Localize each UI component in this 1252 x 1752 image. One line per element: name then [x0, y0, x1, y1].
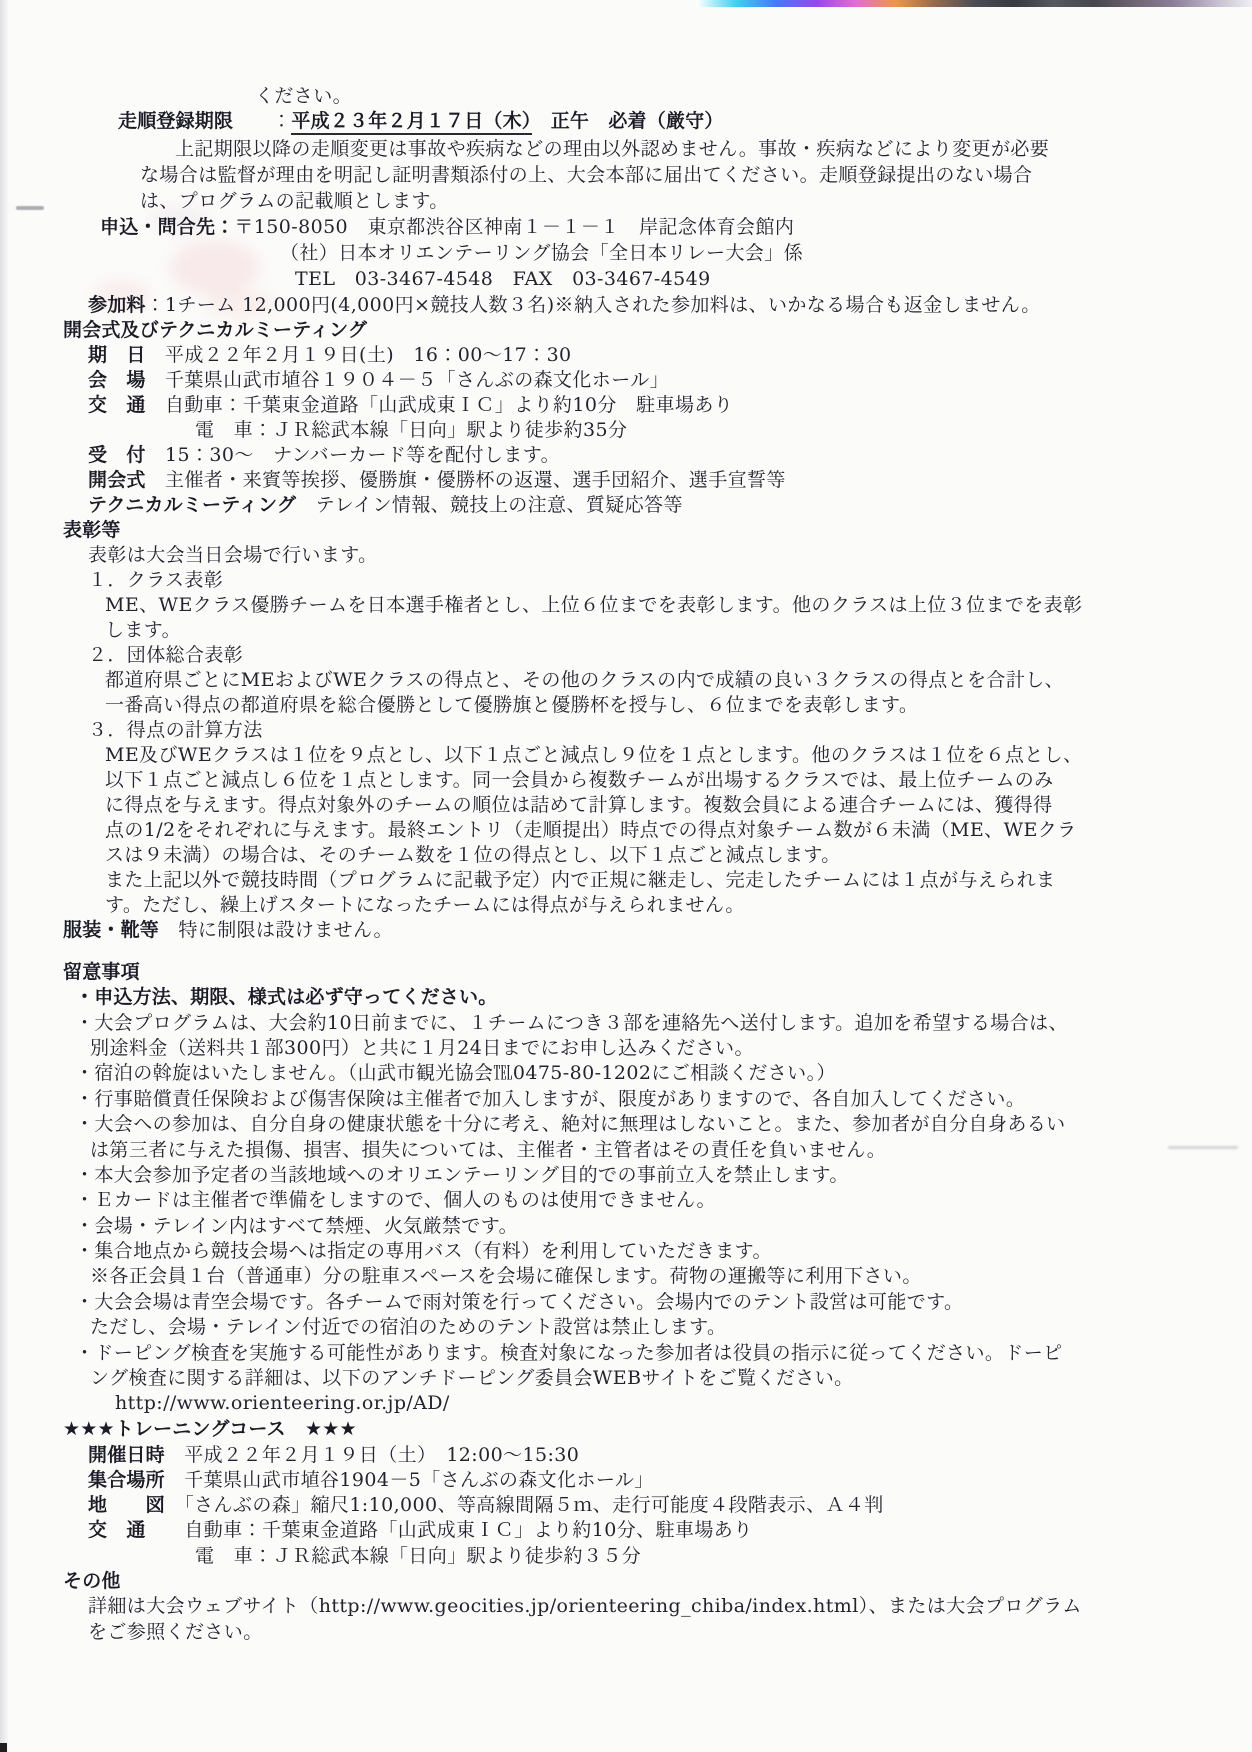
doc-line: ング検査に関する詳細は、以下のアンチドーピング委員会WEBサイトをご覧ください。 — [90, 1366, 854, 1390]
text-segment: 期 日 — [88, 344, 146, 366]
doc-line: ・申込方法、期限、様式は必ず守ってください。 — [75, 985, 497, 1009]
doc-line: ・集合地点から競技会場へは指定の専用バス（有料）を利用していただきます。 — [75, 1239, 772, 1263]
doc-line: 交 通 自動車：千葉東金道路「山武成東ＩＣ」より約10分 駐車場あり — [88, 393, 733, 417]
text-segment: 一番高い得点の都道府県を総合優勝として優勝旗と優勝杯を授与し、６位までを表彰しま… — [105, 694, 918, 716]
text-segment: 開会式 — [88, 469, 146, 491]
text-segment: 「さんぶの森」縮尺1:10,000、等高線間隔５ｍ、走行可能度４段階表示、Ａ４判 — [165, 1494, 884, 1516]
doc-line: 地 図 「さんぶの森」縮尺1:10,000、等高線間隔５ｍ、走行可能度４段階表示… — [88, 1493, 884, 1517]
text-segment: ・申込方法、期限、様式は必ず守ってください。 — [75, 986, 497, 1008]
text-segment: ：1チーム 12,000円(4,000円×競技人数３名)※納入された参加料は、い… — [146, 294, 1041, 316]
text-segment: ・集合地点から競技会場へは指定の専用バス（有料）を利用していただきます。 — [75, 1240, 772, 1262]
scanned-document-page: { "page": { "paper_color": "#fbfbf9", "i… — [0, 0, 1252, 1752]
text-segment: 正午 必着（厳守） — [532, 110, 724, 132]
doc-line: 申込・問合先：〒150-8050 東京都渋谷区神南１－１－１ 岸記念体育会館内 — [100, 215, 794, 239]
doc-line: に得点を与えます。得点対象外のチームの順位は詰めて計算します。複数会員による連合… — [105, 793, 1053, 817]
doc-line: 点の1/2をそれぞれに与えます。最終エントリ（走順提出）時点での得点対象チーム数… — [105, 818, 1077, 842]
doc-line: 開会式及びテクニカルミーティング — [63, 318, 367, 342]
doc-line: ★★★トレーニングコース ★★★ — [63, 1417, 357, 1441]
doc-line: な場合は監督が理由を明記し証明書類添付の上、大会本部に届出てください。走順登録提… — [140, 163, 1032, 187]
text-segment: TEL 03-3467-4548 FAX 03-3467-4549 — [295, 268, 711, 290]
text-segment: 自動車：千葉東金道路「山武成東ＩＣ」より約10分、駐車場あり — [146, 1519, 753, 1541]
text-segment: （社）日本オリエンテーリング協会「全日本リレー大会」係 — [280, 242, 803, 264]
text-segment: 交 通 — [88, 394, 146, 416]
text-segment: ： — [233, 110, 291, 132]
text-segment: ・本大会参加予定者の当該地域へのオリエンテーリング目的での事前立入を禁止します。 — [75, 1164, 849, 1186]
text-segment: 別途料金（送料共１部300円）と共に１月24日までにお申し込みください。 — [90, 1037, 754, 1059]
doc-line: ・宿泊の斡旋はいたしません。（山武市観光協会℡0475-80-1202にご相談く… — [75, 1061, 836, 1085]
scan-stray-mark — [16, 206, 44, 210]
text-segment: 千葉県山武市埴谷１９０４－５「さんぶの森文化ホール」 — [146, 369, 669, 391]
text-segment: ※各正会員１台（普通車）分の駐車スペースを会場に確保します。荷物の運搬等に利用下… — [90, 1265, 922, 1287]
doc-line: します。 — [105, 618, 181, 642]
doc-line: 上記期限以降の走順変更は事故や疾病などの理由以外認めません。事故・疾病などにより… — [175, 137, 1049, 161]
doc-line: ３．得点の計算方法 — [88, 718, 263, 742]
doc-line: ME及びWEクラスは１位を９点とし、以下１点ごと減点し９位を１点とします。他のク… — [105, 743, 1082, 767]
text-segment: 留意事項 — [63, 961, 140, 983]
text-segment: な場合は監督が理由を明記し証明書類添付の上、大会本部に届出てください。走順登録提… — [140, 164, 1032, 186]
text-segment: テレイン情報、競技上の注意、質疑応答等 — [296, 494, 683, 516]
doc-line: ただし、会場・テレイン付近での宿泊のためのテント設営は禁止します。 — [90, 1315, 726, 1339]
doc-line: ２．団体総合表彰 — [88, 643, 243, 667]
doc-line: ・行事賠償責任保険および傷害保険は主催者で加入しますが、限度がありますので、各自… — [75, 1087, 1025, 1111]
doc-line: ・大会プログラムは、大会約10日前までに、１チームにつき３部を連絡先へ送付します… — [75, 1011, 1068, 1035]
doc-line: す。ただし、繰上げスタートになったチームには得点が与えられません。 — [105, 893, 745, 917]
text-segment: 会 場 — [88, 369, 146, 391]
doc-line: その他 — [63, 1569, 121, 1593]
doc-line: ME、WEクラス優勝チームを日本選手権者とし、上位６位までを表彰します。他のクラ… — [105, 593, 1082, 617]
doc-line: 詳細は大会ウェブサイト（http://www.geocities.jp/orie… — [88, 1594, 1082, 1618]
text-segment: http://www.orienteering.or.jp/AD/ — [115, 1392, 450, 1414]
doc-line: ・大会会場は青空会場です。各チームで雨対策を行ってください。会場内でのテント設営… — [75, 1290, 963, 1314]
text-segment: ・会場・テレイン内はすべて禁煙、火気厳禁です。 — [75, 1215, 518, 1237]
text-segment: 表彰は大会当日会場で行います。 — [88, 544, 377, 566]
text-segment: 表彰等 — [63, 519, 121, 541]
text-segment: をご参照ください。 — [88, 1621, 263, 1643]
doc-line: TEL 03-3467-4548 FAX 03-3467-4549 — [295, 267, 711, 291]
text-segment: 集合場所 — [88, 1469, 165, 1491]
ink-bleed-blob — [170, 240, 260, 295]
doc-line: 受 付 15：30～ ナンバーカード等を配付します。 — [88, 443, 560, 467]
scan-stray-mark-right — [1168, 1146, 1238, 1149]
text-segment: その他 — [63, 1570, 121, 1592]
text-segment: す。ただし、繰上げスタートになったチームには得点が与えられません。 — [105, 894, 745, 916]
doc-line: ください。 — [255, 84, 352, 108]
text-segment: 受 付 — [88, 444, 146, 466]
doc-line: また上記以外で競技時間（プログラムに記載予定）内で正規に継走し、完走したチームに… — [105, 868, 1055, 892]
text-segment: 以下１点ごと減点し６位を１点とします。同一会員から複数チームが出場するクラスでは… — [105, 769, 1054, 791]
text-segment: します。 — [105, 619, 181, 641]
doc-line: ・大会への参加は、自分自身の健康状態を十分に考え、絶対に無理はしないこと。また、… — [75, 1112, 1066, 1136]
doc-line: （社）日本オリエンテーリング協会「全日本リレー大会」係 — [280, 241, 803, 265]
text-segment: ・大会への参加は、自分自身の健康状態を十分に考え、絶対に無理はしないこと。また、… — [75, 1113, 1066, 1135]
doc-line: 一番高い得点の都道府県を総合優勝として優勝旗と優勝杯を授与し、６位までを表彰しま… — [105, 693, 918, 717]
doc-line: 参加料：1チーム 12,000円(4,000円×競技人数３名)※納入された参加料… — [88, 293, 1041, 317]
text-segment: は、プログラムの記載順とします。 — [140, 190, 449, 212]
doc-line: 集合場所 千葉県山武市埴谷1904－5「さんぶの森文化ホール」 — [88, 1468, 654, 1492]
doc-line: ・Ｅカードは主催者で準備をしますので、個人のものは使用できません。 — [75, 1188, 716, 1212]
scan-edge-shadow — [0, 0, 9, 1752]
text-segment: 地 図 — [88, 1494, 165, 1516]
doc-line: http://www.orienteering.or.jp/AD/ — [115, 1391, 450, 1415]
text-segment: ・大会プログラムは、大会約10日前までに、１チームにつき３部を連絡先へ送付します… — [75, 1012, 1068, 1034]
doc-line: 服装・靴等 特に制限は設けません。 — [63, 918, 393, 942]
text-segment: テクニカルミーティング — [88, 494, 296, 516]
text-segment: 開催日時 — [88, 1444, 165, 1466]
doc-line: 電 車：ＪＲ総武本線「日向」駅より徒歩約３５分 — [195, 1544, 641, 1568]
doc-line: 会 場 千葉県山武市埴谷１９０４－５「さんぶの森文化ホール」 — [88, 368, 669, 392]
doc-line: 開会式 主催者・来賓等挨拶、優勝旗・優勝杯の返還、選手団紹介、選手宣誓等 — [88, 468, 786, 492]
scan-corner-mark — [0, 1743, 7, 1752]
doc-line: 表彰は大会当日会場で行います。 — [88, 543, 377, 567]
text-segment: 〒150-8050 東京都渋谷区神南１－１－１ 岸記念体育会館内 — [234, 216, 794, 238]
text-segment: １．クラス表彰 — [88, 569, 223, 591]
text-segment: ２．団体総合表彰 — [88, 644, 243, 666]
doc-line: 都道府県ごとにMEおよびWEクラスの得点と、その他のクラスの内で成績の良い３クラ… — [105, 668, 1064, 692]
doc-line: ・ドーピング検査を実施する可能性があります。検査対象になった参加者は役員の指示に… — [75, 1341, 1063, 1365]
doc-line: 開催日時 平成２２年２月１９日（土） 12:00～15:30 — [88, 1443, 579, 1467]
text-segment: また上記以外で競技時間（プログラムに記載予定）内で正規に継走し、完走したチームに… — [105, 869, 1055, 891]
text-segment: ME及びWEクラスは１位を９点とし、以下１点ごと減点し９位を１点とします。他のク… — [105, 744, 1082, 766]
doc-line: スは９未満）の場合は、そのチーム数を１位の得点とし、以下１点ごと減点します。 — [105, 843, 841, 867]
doc-line: は、プログラムの記載順とします。 — [140, 189, 449, 213]
text-segment: ただし、会場・テレイン付近での宿泊のためのテント設営は禁止します。 — [90, 1316, 726, 1338]
doc-line: 留意事項 — [63, 960, 140, 984]
doc-line: ※各正会員１台（普通車）分の駐車スペースを会場に確保します。荷物の運搬等に利用下… — [90, 1264, 922, 1288]
text-segment: ング検査に関する詳細は、以下のアンチドーピング委員会WEBサイトをご覧ください。 — [90, 1367, 854, 1389]
doc-line: 表彰等 — [63, 518, 121, 542]
text-segment: スは９未満）の場合は、そのチーム数を１位の得点とし、以下１点ごと減点します。 — [105, 844, 841, 866]
text-segment: 平成２３年２月１７日（木） — [291, 110, 531, 135]
doc-line: ・本大会参加予定者の当該地域へのオリエンテーリング目的での事前立入を禁止します。 — [75, 1163, 849, 1187]
text-segment: ・行事賠償責任保険および傷害保険は主催者で加入しますが、限度がありますので、各自… — [75, 1088, 1025, 1110]
doc-line: テクニカルミーティング テレイン情報、競技上の注意、質疑応答等 — [88, 493, 683, 517]
text-segment: ★★★トレーニングコース ★★★ — [63, 1418, 357, 1440]
text-segment: 特に制限は設けません。 — [159, 919, 393, 941]
text-segment: 電 車：ＪＲ総武本線「日向」駅より徒歩約35分 — [195, 419, 627, 441]
text-segment: は第三者に与えた損傷、損害、損失については、主催者・主管者はその責任を負いません… — [90, 1139, 886, 1161]
text-segment: 申込・問合先： — [100, 216, 234, 238]
document-page: ください。走順登録期限 ：平成２３年２月１７日（木） 正午 必着（厳守）上記期限… — [0, 0, 1252, 1752]
text-segment: 主催者・来賓等挨拶、優勝旗・優勝杯の返還、選手団紹介、選手宣誓等 — [146, 469, 786, 491]
doc-line: をご参照ください。 — [88, 1620, 263, 1644]
text-segment: ・大会会場は青空会場です。各チームで雨対策を行ってください。会場内でのテント設営… — [75, 1291, 963, 1313]
text-segment: ・宿泊の斡旋はいたしません。（山武市観光協会℡0475-80-1202にご相談く… — [75, 1062, 836, 1084]
text-segment: ME、WEクラス優勝チームを日本選手権者とし、上位６位までを表彰します。他のクラ… — [105, 594, 1082, 616]
text-segment: 走順登録期限 — [118, 110, 233, 132]
text-segment: 詳細は大会ウェブサイト（http://www.geocities.jp/orie… — [88, 1595, 1082, 1617]
text-segment: ・ドーピング検査を実施する可能性があります。検査対象になった参加者は役員の指示に… — [75, 1342, 1063, 1364]
text-segment: 電 車：ＪＲ総武本線「日向」駅より徒歩約３５分 — [195, 1545, 641, 1567]
text-segment: ・Ｅカードは主催者で準備をしますので、個人のものは使用できません。 — [75, 1189, 716, 1211]
text-segment: 平成２２年２月１９日(土) 16：00～17：30 — [146, 344, 572, 366]
text-segment: ください。 — [255, 85, 352, 107]
text-segment: ３．得点の計算方法 — [88, 719, 263, 741]
doc-line: 期 日 平成２２年２月１９日(土) 16：00～17：30 — [88, 343, 572, 367]
text-segment: 千葉県山武市埴谷1904－5「さんぶの森文化ホール」 — [165, 1469, 654, 1491]
doc-line: 電 車：ＪＲ総武本線「日向」駅より徒歩約35分 — [195, 418, 627, 442]
text-segment: 自動車：千葉東金道路「山武成東ＩＣ」より約10分 駐車場あり — [146, 394, 734, 416]
text-segment: 平成２２年２月１９日（土） 12:00～15:30 — [165, 1444, 579, 1466]
text-segment: 都道府県ごとにMEおよびWEクラスの得点と、その他のクラスの内で成績の良い３クラ… — [105, 669, 1064, 691]
text-segment: 上記期限以降の走順変更は事故や疾病などの理由以外認めません。事故・疾病などにより… — [175, 138, 1049, 160]
doc-line: 交 通 自動車：千葉東金道路「山武成東ＩＣ」より約10分、駐車場あり — [88, 1518, 753, 1542]
scanner-color-band — [697, 0, 1252, 7]
text-segment: 服装・靴等 — [63, 919, 159, 941]
text-segment: 15：30～ ナンバーカード等を配付します。 — [146, 444, 560, 466]
text-segment: に得点を与えます。得点対象外のチームの順位は詰めて計算します。複数会員による連合… — [105, 794, 1053, 816]
doc-line: 走順登録期限 ：平成２３年２月１７日（木） 正午 必着（厳守） — [118, 109, 724, 133]
doc-line: １．クラス表彰 — [88, 568, 223, 592]
text-segment: 開会式及びテクニカルミーティング — [63, 319, 367, 341]
doc-line: ・会場・テレイン内はすべて禁煙、火気厳禁です。 — [75, 1214, 518, 1238]
doc-line: 別途料金（送料共１部300円）と共に１月24日までにお申し込みください。 — [90, 1036, 754, 1060]
text-segment: 参加料 — [88, 294, 146, 316]
text-segment: 点の1/2をそれぞれに与えます。最終エントリ（走順提出）時点での得点対象チーム数… — [105, 819, 1077, 841]
doc-line: 以下１点ごと減点し６位を１点とします。同一会員から複数チームが出場するクラスでは… — [105, 768, 1054, 792]
doc-line: は第三者に与えた損傷、損害、損失については、主催者・主管者はその責任を負いません… — [90, 1138, 886, 1162]
text-segment: 交 通 — [88, 1519, 146, 1541]
